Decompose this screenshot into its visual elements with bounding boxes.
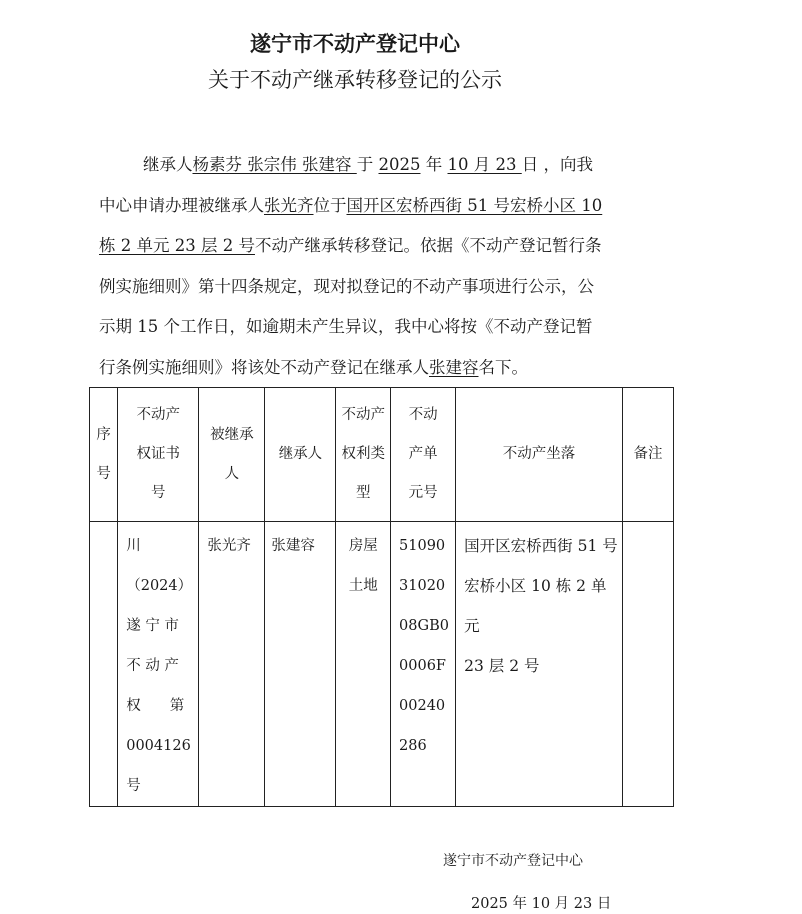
notice-title: 关于不动产继承转移登记的公示 (0, 64, 710, 94)
filled-field: 10 月 23 (448, 155, 522, 174)
header-label-line: 不动 (391, 396, 455, 435)
header-label-line: 号 (118, 474, 198, 513)
body-line: 例实施细则》第十四条规定，现对拟登记的不动产事项进行公示，公 (99, 267, 619, 308)
filled-field: 张建容 (429, 358, 479, 377)
body-text: 继承人 (143, 155, 193, 174)
cell-line: 国开区宏桥西街 51 号 (464, 526, 622, 566)
body-text: 行条例实施细则》将该处不动产登记在继承人 (99, 358, 429, 377)
table-header-row: 序号 不动产权证书号 被继承人 继承人 不动产权利类型 不动产单元号 不动产坐落… (90, 388, 674, 522)
cell-line: 川 (126, 526, 198, 566)
header-decedent: 被继承人 (199, 388, 265, 522)
body-line: 行条例实施细则》将该处不动产登记在继承人张建容名下。 (99, 348, 619, 389)
cell-decedent: 张光齐 (199, 522, 265, 807)
header-certificate-no: 不动产权证书号 (118, 388, 199, 522)
cell-line: 号 (126, 766, 198, 806)
header-index: 序号 (90, 388, 118, 522)
cell-line: 00240 (399, 686, 455, 726)
cell-heir: 张建容 (265, 522, 336, 807)
signature-org: 遂宁市不动产登记中心 (443, 850, 583, 870)
registration-table: 序号 不动产权证书号 被继承人 继承人 不动产权利类型 不动产单元号 不动产坐落… (89, 387, 674, 807)
header-label-line: 权证书 (118, 435, 198, 474)
cell-line: 23 层 2 号 (464, 646, 622, 686)
header-label-line: 被继承 (199, 416, 264, 455)
cell-line: 遂 宁 市 (126, 606, 198, 646)
cell-index (90, 522, 118, 807)
header-label-line: 元号 (391, 474, 455, 513)
cell-line: （2024） (126, 566, 198, 606)
body-line: 栋 2 单元 23 层 2 号不动产继承转移登记。依据《不动产登记暂行条 (99, 226, 619, 267)
cell-line: 宏桥小区 10 栋 2 单元 (464, 566, 622, 646)
header-label-line: 号 (90, 455, 117, 494)
cell-line: 08GB0 (399, 606, 455, 646)
header-heir: 继承人 (265, 388, 336, 522)
header-label-line: 不动产 (118, 396, 198, 435)
cell-line: 0006F (399, 646, 455, 686)
body-text: 例实施细则》第十四条规定，现对拟登记的不动产事项进行公示，公 (99, 277, 594, 296)
body-text: 位于 (314, 196, 347, 215)
cell-line: 51090 (399, 526, 455, 566)
header-label-line: 权利类 (336, 435, 390, 474)
body-text: 于 (357, 155, 379, 174)
cell-line: 31020 (399, 566, 455, 606)
header-location: 不动产坐落 (456, 388, 623, 522)
body-line: 中心申请办理被继承人张光齐位于国开区宏桥西街 51 号宏桥小区 10 (99, 186, 619, 227)
cell-line: 0004126 (126, 726, 198, 766)
body-text: 日 ，向我 (522, 155, 593, 174)
filled-field: 国开区宏桥西街 51 号宏桥小区 10 (347, 196, 603, 215)
signature-date: 2025 年 10 月 23 日 (471, 892, 611, 913)
filled-field: 张光齐 (264, 196, 314, 215)
cell-line: 286 (399, 726, 455, 766)
header-label-line: 备注 (623, 435, 673, 474)
cell-line: 土地 (336, 566, 390, 606)
body-text: 年 (421, 155, 448, 174)
issuing-org-title: 遂宁市不动产登记中心 (0, 28, 710, 58)
cell-line: 权 第 (126, 686, 198, 726)
notice-body: 继承人杨素芬 张宗伟 张建容 于 2025 年 10 月 23 日 ，向我中心申… (99, 145, 619, 388)
header-note: 备注 (622, 388, 673, 522)
body-line: 示期 15 个工作日，如逾期未产生异议，我中心将按《不动产登记暂 (99, 307, 619, 348)
body-line: 继承人杨素芬 张宗伟 张建容 于 2025 年 10 月 23 日 ，向我 (99, 145, 619, 186)
header-label-line: 型 (336, 474, 390, 513)
filled-field: 杨素芬 张宗伟 张建容 (193, 155, 357, 174)
filled-field: 栋 2 单元 23 层 2 号 (99, 236, 255, 255)
cell-right-type: 房屋土地 (336, 522, 391, 807)
header-label-line: 产单 (391, 435, 455, 474)
cell-location: 国开区宏桥西街 51 号宏桥小区 10 栋 2 单元23 层 2 号 (456, 522, 623, 807)
cell-unit-no: 510903102008GB00006F00240286 (391, 522, 456, 807)
header-label-line: 不动产 (336, 396, 390, 435)
cell-line: 不 动 产 (126, 646, 198, 686)
body-text: 名下。 (479, 358, 529, 377)
header-label-line: 序 (90, 416, 117, 455)
body-text: 示期 15 个工作日，如逾期未产生异议，我中心将按《不动产登记暂 (99, 317, 593, 336)
header-label-line: 人 (199, 455, 264, 494)
cell-certificate-no: 川（2024）遂 宁 市不 动 产权 第0004126号 (118, 522, 199, 807)
header-right-type: 不动产权利类型 (336, 388, 391, 522)
cell-note (622, 522, 673, 807)
body-text: 不动产继承转移登记。依据《不动产登记暂行条 (255, 236, 602, 255)
header-unit-no: 不动产单元号 (391, 388, 456, 522)
cell-line: 房屋 (336, 526, 390, 566)
header-label-line: 不动产坐落 (456, 435, 622, 474)
table-row: 川（2024）遂 宁 市不 动 产权 第0004126号 张光齐 张建容 房屋土… (90, 522, 674, 807)
filled-field: 2025 (379, 155, 421, 174)
header-label-line: 继承人 (265, 435, 335, 474)
body-text: 中心申请办理被继承人 (99, 196, 264, 215)
